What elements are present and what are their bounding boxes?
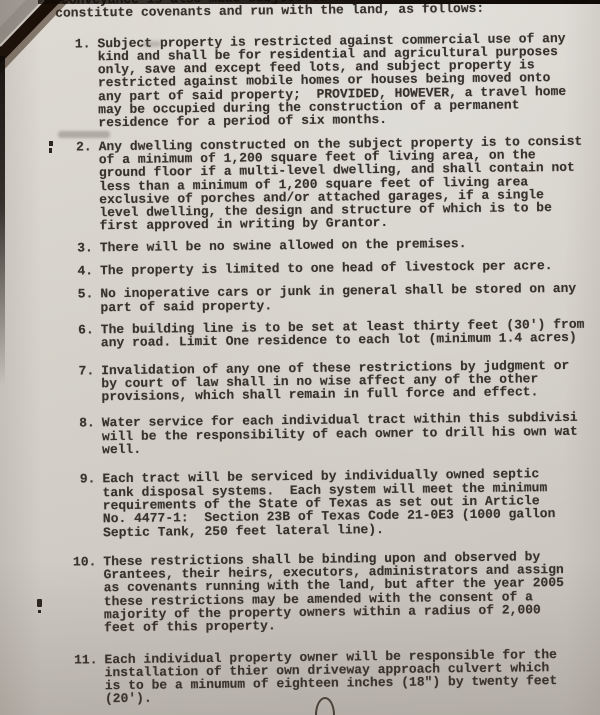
covenant-item: 3.There will be no swine allowed on the … [3,235,600,255]
item-text: Each tract will be serviced by individua… [102,467,555,539]
item-text: The building line is to be set at least … [101,318,585,350]
covenant-item: 9.Each tract will be serviced by individ… [5,466,600,540]
item-text: These restrictions shall be binding upon… [103,550,564,635]
photographed-document: This conveyance is also made subject to … [0,0,600,715]
item-text: Invalidation of any one of these restric… [101,358,570,403]
ink-smudge [143,41,161,47]
covenant-item: 10.These restrictions shall be binding u… [6,549,600,636]
item-number: 3. [65,241,93,255]
item-text: Each individual property owner will be r… [104,648,557,706]
item-number: 9. [67,473,95,487]
covenant-item: 7.Invalidation of any one of these restr… [4,358,600,405]
item-number: 4. [65,264,93,278]
item-number: 5. [65,288,93,302]
item-number: 6. [66,323,94,337]
item-text: Subject property is restricted against c… [97,32,566,130]
ink-speck [37,599,42,607]
covenant-item: 6.The building line is to be set at leas… [4,317,600,351]
covenant-item: 4.The property is limited to one head of… [3,258,600,278]
item-number: 8. [67,417,95,431]
paper-corner-wedge [0,0,160,200]
item-number: 7. [66,364,94,378]
item-text: The property is limited to one head of l… [100,259,553,277]
covenant-item: 5.No inoperative cars or junk in general… [3,282,600,316]
photo-top-edge [38,0,600,4]
item-number: 10. [68,555,96,569]
item-text: Any dwelling constructed on the subject … [99,134,584,233]
item-text: Water service for each individual tract … [102,411,578,456]
ink-smudge [58,131,110,138]
photo-left-edge [0,56,5,386]
ink-speck [49,141,53,146]
ink-speck [38,610,41,613]
covenant-item: 8.Water service for each individual trac… [5,411,600,458]
item-number: 11. [69,653,97,667]
item-text: There will be no swine allowed on the pr… [100,237,467,254]
item-text: No inoperative cars or junk in general s… [100,282,576,314]
ink-speck [49,148,52,153]
covenant-item: 11.Each individual property owner will b… [7,647,600,707]
